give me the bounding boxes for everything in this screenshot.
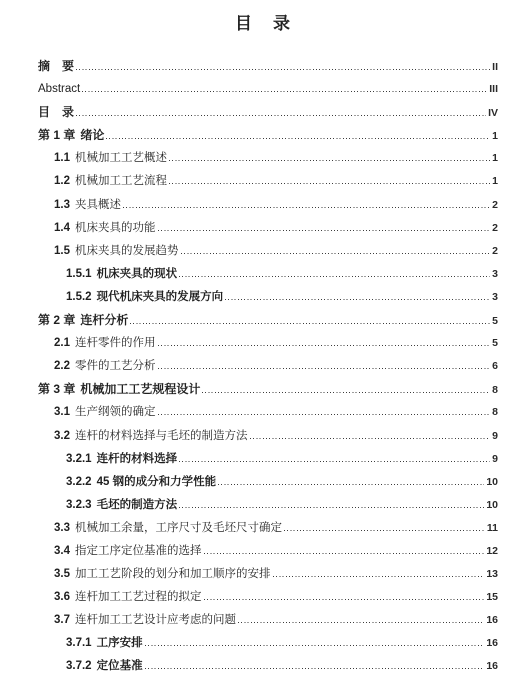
dot-leader <box>145 645 485 646</box>
toc-entry-label: 连杆的材料选择 <box>97 448 178 471</box>
dot-leader <box>158 368 491 369</box>
toc-entry-label: 连杆加工工艺设计应考虑的问题 <box>75 609 236 632</box>
toc-entry-label: 加工工艺阶段的划分和加工顺序的安排 <box>75 563 271 586</box>
dot-leader <box>106 138 490 139</box>
toc-row: 摘 要 II <box>0 55 527 78</box>
toc-row: 第 3 章 机械加工工艺规程设计 8 <box>0 378 527 401</box>
toc-entry-number: 3.5 <box>54 563 70 586</box>
toc-entry-label: 绪论 <box>80 124 104 147</box>
toc-row: 1.3 夹具概述 2 <box>0 194 527 217</box>
toc-entry-label: 毛坯的制造方法 <box>97 494 178 517</box>
toc-entry-page: 13 <box>486 563 498 586</box>
toc-row: 3.5 加工工艺阶段的划分和加工顺序的安排 13 <box>0 563 527 586</box>
toc-entry-label: 机械加工工艺概述 <box>75 147 167 170</box>
toc-entry-number: 1.2 <box>54 170 70 193</box>
dot-leader <box>145 668 485 669</box>
toc-row: 3.2.2 45 钢的成分和力学性能 10 <box>0 471 527 494</box>
toc-row: 3.7.2 定位基准 16 <box>0 655 527 678</box>
toc-entry-page: 5 <box>492 310 498 333</box>
dot-leader <box>158 230 491 231</box>
toc-entry-label: 零件的工艺分析 <box>75 355 156 378</box>
toc-entry-label: 连杆加工工艺过程的拟定 <box>75 586 202 609</box>
toc-entry-label: 机床夹具的功能 <box>75 217 156 240</box>
toc-row: 3.2.3 毛坯的制造方法 10 <box>0 494 527 517</box>
toc-entry-number: 1.3 <box>54 194 70 217</box>
toc-row: 3.1 生产纲领的确定 8 <box>0 401 527 424</box>
toc-entry-page: III <box>489 78 498 101</box>
toc-row: 1.5 机床夹具的发展趋势 2 <box>0 240 527 263</box>
dot-leader <box>181 253 491 254</box>
toc-entry-page: 1 <box>492 125 498 148</box>
toc-entry-label: Abstract <box>38 78 80 101</box>
toc-entry-number: 3.2.1 <box>66 448 92 471</box>
toc-entry-number: 1.1 <box>54 147 70 170</box>
toc-entry-number: 3.6 <box>54 586 70 609</box>
toc-entry-page: 5 <box>492 332 498 355</box>
toc-row: 第 2 章 连杆分析 5 <box>0 309 527 332</box>
dot-leader <box>76 69 490 70</box>
toc-entry-number: 3.7 <box>54 609 70 632</box>
toc-entry-page: 9 <box>492 425 498 448</box>
toc-row: 1.5.1 机床夹具的现状 3 <box>0 263 527 286</box>
dot-leader <box>204 599 485 600</box>
toc-entry-page: 1 <box>492 170 498 193</box>
toc-entry-page: 2 <box>492 194 498 217</box>
dot-leader <box>250 438 491 439</box>
dot-leader <box>169 183 490 184</box>
toc-row: 3.4 指定工序定位基准的选择 12 <box>0 540 527 563</box>
toc-entry-page: 2 <box>492 240 498 263</box>
toc-entry-number: 1.4 <box>54 217 70 240</box>
toc-entry-page: 9 <box>492 448 498 471</box>
dot-leader <box>179 507 484 508</box>
toc-entry-page: 16 <box>486 632 498 655</box>
toc-entry-label: 机械加工工艺规程设计 <box>80 378 200 401</box>
toc-entry-number: 3.4 <box>54 540 70 563</box>
dot-leader <box>284 530 485 531</box>
toc-row: 目 录 IV <box>0 101 527 124</box>
toc-entry-label: 45 钢的成分和力学性能 <box>97 471 217 494</box>
toc-entry-label: 摘 要 <box>38 55 74 78</box>
toc-entry-label: 连杆零件的作用 <box>75 332 156 355</box>
toc-entry-label: 连杆分析 <box>80 309 128 332</box>
toc-entry-label: 现代机床夹具的发展方向 <box>97 286 224 309</box>
toc-entry-page: 3 <box>492 263 498 286</box>
toc-entry-page: 8 <box>492 379 498 402</box>
toc-entry-page: 16 <box>486 655 498 678</box>
toc-entry-number: 3.7.1 <box>66 632 92 655</box>
toc-entry-label: 机床夹具的发展趋势 <box>75 240 179 263</box>
toc-entry-label: 机械加工工艺流程 <box>75 170 167 193</box>
toc-entry-number: 3.2.2 <box>66 471 92 494</box>
toc-row: 1.5.2 现代机床夹具的发展方向 3 <box>0 286 527 309</box>
dot-leader <box>225 299 490 300</box>
toc-row: 1.2 机械加工工艺流程 1 <box>0 170 527 193</box>
toc-row: 3.7 连杆加工工艺设计应考虑的问题 16 <box>0 609 527 632</box>
toc-entry-number: 3.2.3 <box>66 494 92 517</box>
toc-entry-page: 1 <box>492 147 498 170</box>
toc-entry-label: 目 录 <box>38 101 74 124</box>
toc-entry-number: 3.3 <box>54 517 70 540</box>
dot-leader <box>218 484 484 485</box>
toc-entry-label: 机床夹具的现状 <box>97 263 178 286</box>
toc-entry-label: 定位基准 <box>97 655 143 678</box>
toc-row: 3.2.1 连杆的材料选择 9 <box>0 448 527 471</box>
toc-row: 3.6 连杆加工工艺过程的拟定 15 <box>0 586 527 609</box>
dot-leader <box>273 576 485 577</box>
toc-entry-page: 10 <box>486 471 498 494</box>
toc-entry-number: 1.5.2 <box>66 286 92 309</box>
toc-entry-number: 2.2 <box>54 355 70 378</box>
dot-leader <box>82 91 487 92</box>
toc-row: 2.2 零件的工艺分析 6 <box>0 355 527 378</box>
toc-row: 第 1 章 绪论 1 <box>0 124 527 147</box>
toc-entry-label: 生产纲领的确定 <box>75 401 156 424</box>
toc-row: Abstract III <box>0 78 527 101</box>
dot-leader <box>169 160 490 161</box>
toc-entry-number: 3.1 <box>54 401 70 424</box>
toc-entry-number: 1.5.1 <box>66 263 92 286</box>
dot-leader <box>158 345 491 346</box>
toc-entry-page: 2 <box>492 217 498 240</box>
toc-entry-page: 16 <box>486 609 498 632</box>
toc-row: 3.7.1 工序安排 16 <box>0 632 527 655</box>
toc-entry-number: 3.7.2 <box>66 655 92 678</box>
dot-leader <box>76 115 486 116</box>
dot-leader <box>123 207 490 208</box>
document-page: 目 录 摘 要 II Abstract III 目 录 IV 第 1 章 绪论 … <box>0 0 527 689</box>
toc-entry-label: 工序安排 <box>97 632 143 655</box>
dot-leader <box>158 414 491 415</box>
toc-entry-number: 第 2 章 <box>38 309 75 332</box>
toc-entry-number: 1.5 <box>54 240 70 263</box>
dot-leader <box>204 553 485 554</box>
toc-entry-page: 8 <box>492 401 498 424</box>
toc-row: 2.1 连杆零件的作用 5 <box>0 332 527 355</box>
page-title: 目 录 <box>0 0 527 34</box>
toc-entry-page: 3 <box>492 286 498 309</box>
toc-entry-number: 第 1 章 <box>38 124 75 147</box>
toc-entry-label: 指定工序定位基准的选择 <box>75 540 202 563</box>
toc-entry-page: 11 <box>487 517 498 540</box>
toc-entry-number: 2.1 <box>54 332 70 355</box>
toc-entry-label: 机械加工余量，工序尺寸及毛坯尺寸确定 <box>75 517 282 540</box>
toc-entry-label: 连杆的材料选择与毛坯的制造方法 <box>75 425 248 448</box>
dot-leader <box>179 461 490 462</box>
toc-entry-number: 第 3 章 <box>38 378 75 401</box>
toc-entry-page: II <box>492 56 498 79</box>
toc-entry-page: 15 <box>486 586 498 609</box>
toc-entry-page: 12 <box>486 540 498 563</box>
toc-row: 3.3 机械加工余量，工序尺寸及毛坯尺寸确定 11 <box>0 517 527 540</box>
toc-entry-page: IV <box>488 102 498 125</box>
dot-leader <box>130 323 490 324</box>
toc-row: 3.2 连杆的材料选择与毛坯的制造方法 9 <box>0 425 527 448</box>
toc-row: 1.1 机械加工工艺概述 1 <box>0 147 527 170</box>
dot-leader <box>238 622 484 623</box>
toc-entry-page: 10 <box>486 494 498 517</box>
toc-entry-label: 夹具概述 <box>75 194 121 217</box>
dot-leader <box>179 276 490 277</box>
toc-list: 摘 要 II Abstract III 目 录 IV 第 1 章 绪论 1 1.… <box>0 55 527 679</box>
dot-leader <box>202 392 490 393</box>
toc-row: 1.4 机床夹具的功能 2 <box>0 217 527 240</box>
toc-entry-number: 3.2 <box>54 425 70 448</box>
toc-entry-page: 6 <box>492 355 498 378</box>
